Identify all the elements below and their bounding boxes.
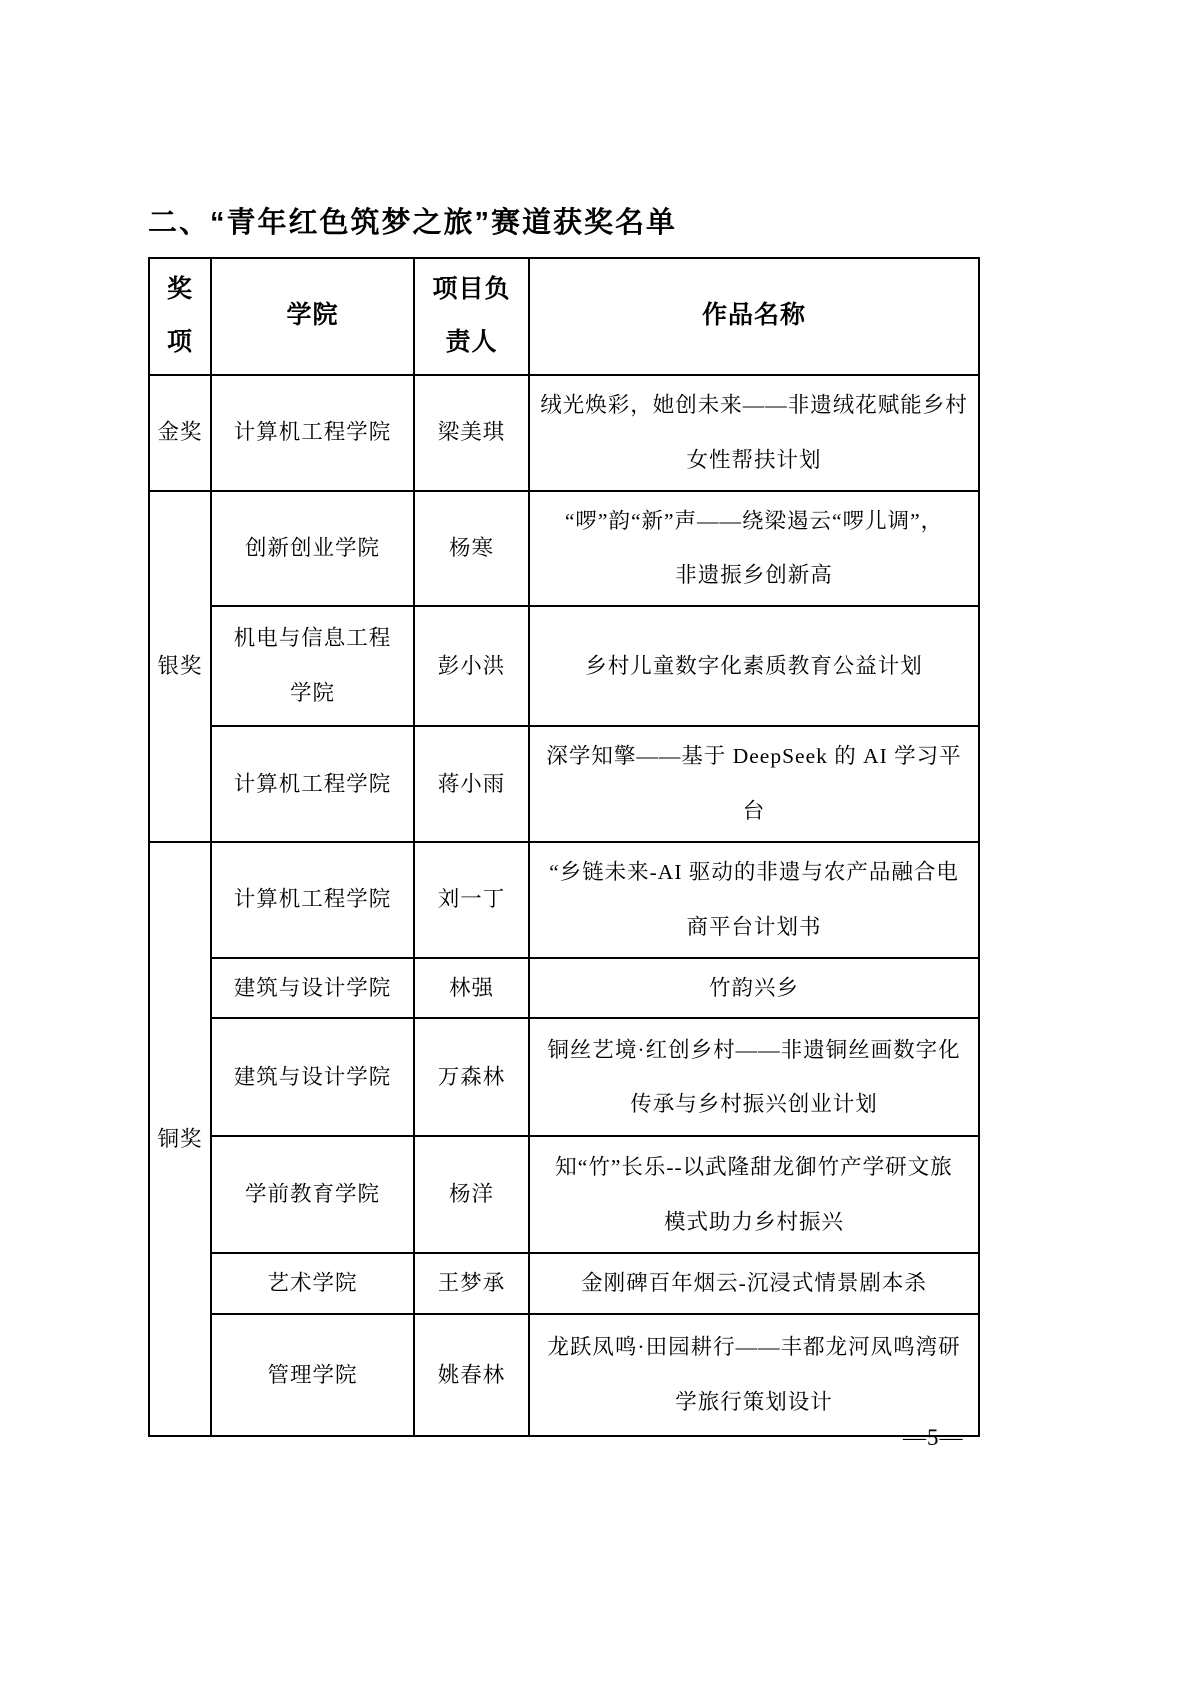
cell-work: 竹韵兴乡 bbox=[529, 958, 979, 1019]
cell-leader: 梁美琪 bbox=[414, 375, 529, 491]
cell-work: 龙跃凤鸣·田园耕行——丰都龙河凤鸣湾研 学旅行策划设计 bbox=[529, 1314, 979, 1436]
cell-leader: 万森林 bbox=[414, 1018, 529, 1136]
header-cell-work: 作品名称 bbox=[529, 258, 979, 375]
cell-work: 铜丝艺境·红创乡村——非遗铜丝画数字化 传承与乡村振兴创业计划 bbox=[529, 1018, 979, 1136]
cell-leader: 林强 bbox=[414, 958, 529, 1019]
table-row: 艺术学院 王梦承 金刚碑百年烟云-沉浸式情景剧本杀 bbox=[149, 1253, 979, 1314]
page-number: —5— bbox=[903, 1425, 964, 1451]
header-cell-award: 奖 项 bbox=[149, 258, 211, 375]
award-table: 奖 项 学院 项目负 责人 作品名称 金奖 计算机工程学院 梁美琪 绒光焕彩，她… bbox=[148, 257, 980, 1437]
cell-college: 学前教育学院 bbox=[211, 1136, 414, 1253]
page-title: 二、“青年红色筑梦之旅”赛道获奖名单 bbox=[148, 200, 980, 241]
cell-college: 建筑与设计学院 bbox=[211, 958, 414, 1019]
cell-college: 计算机工程学院 bbox=[211, 375, 414, 491]
table-header-row: 奖 项 学院 项目负 责人 作品名称 bbox=[149, 258, 979, 375]
cell-leader: 刘一丁 bbox=[414, 842, 529, 958]
cell-leader: 杨洋 bbox=[414, 1136, 529, 1253]
table-row: 建筑与设计学院 万森林 铜丝艺境·红创乡村——非遗铜丝画数字化 传承与乡村振兴创… bbox=[149, 1018, 979, 1136]
cell-college: 创新创业学院 bbox=[211, 491, 414, 607]
header-cell-college: 学院 bbox=[211, 258, 414, 375]
cell-college: 管理学院 bbox=[211, 1314, 414, 1436]
cell-college: 艺术学院 bbox=[211, 1253, 414, 1314]
cell-leader: 姚春林 bbox=[414, 1314, 529, 1436]
award-cell-gold: 金奖 bbox=[149, 375, 211, 491]
cell-work: 金刚碑百年烟云-沉浸式情景剧本杀 bbox=[529, 1253, 979, 1314]
table-row: 机电与信息工程 学院 彭小洪 乡村儿童数字化素质教育公益计划 bbox=[149, 606, 979, 726]
cell-college: 计算机工程学院 bbox=[211, 842, 414, 958]
table-row: 管理学院 姚春林 龙跃凤鸣·田园耕行——丰都龙河凤鸣湾研 学旅行策划设计 bbox=[149, 1314, 979, 1436]
cell-college: 机电与信息工程 学院 bbox=[211, 606, 414, 726]
cell-leader: 杨寒 bbox=[414, 491, 529, 607]
table-row: 计算机工程学院 蒋小雨 深学知擎——基于 DeepSeek 的 AI 学习平台 bbox=[149, 726, 979, 842]
cell-leader: 王梦承 bbox=[414, 1253, 529, 1314]
cell-college: 计算机工程学院 bbox=[211, 726, 414, 842]
table-row: 银奖 创新创业学院 杨寒 “啰”韵“新”声——绕梁遏云“啰儿调”， 非遗振乡创新… bbox=[149, 491, 979, 607]
cell-work: 深学知擎——基于 DeepSeek 的 AI 学习平台 bbox=[529, 726, 979, 842]
cell-leader: 彭小洪 bbox=[414, 606, 529, 726]
cell-work: 知“竹”长乐--以武隆甜龙御竹产学研文旅 模式助力乡村振兴 bbox=[529, 1136, 979, 1253]
header-cell-leader: 项目负 责人 bbox=[414, 258, 529, 375]
table-row: 金奖 计算机工程学院 梁美琪 绒光焕彩，她创未来——非遗绒花赋能乡村 女性帮扶计… bbox=[149, 375, 979, 491]
cell-work: 乡村儿童数字化素质教育公益计划 bbox=[529, 606, 979, 726]
document-page: 二、“青年红色筑梦之旅”赛道获奖名单 奖 项 学院 项目负 责人 作品名称 金奖… bbox=[148, 200, 980, 1437]
award-cell-bronze: 铜奖 bbox=[149, 842, 211, 1436]
cell-work: “啰”韵“新”声——绕梁遏云“啰儿调”， 非遗振乡创新高 bbox=[529, 491, 979, 607]
cell-college: 建筑与设计学院 bbox=[211, 1018, 414, 1136]
award-cell-silver: 银奖 bbox=[149, 491, 211, 842]
table-row: 铜奖 计算机工程学院 刘一丁 “乡链未来-AI 驱动的非遗与农产品融合电 商平台… bbox=[149, 842, 979, 958]
cell-work: “乡链未来-AI 驱动的非遗与农产品融合电 商平台计划书 bbox=[529, 842, 979, 958]
table-row: 建筑与设计学院 林强 竹韵兴乡 bbox=[149, 958, 979, 1019]
table-row: 学前教育学院 杨洋 知“竹”长乐--以武隆甜龙御竹产学研文旅 模式助力乡村振兴 bbox=[149, 1136, 979, 1253]
cell-leader: 蒋小雨 bbox=[414, 726, 529, 842]
cell-work: 绒光焕彩，她创未来——非遗绒花赋能乡村 女性帮扶计划 bbox=[529, 375, 979, 491]
